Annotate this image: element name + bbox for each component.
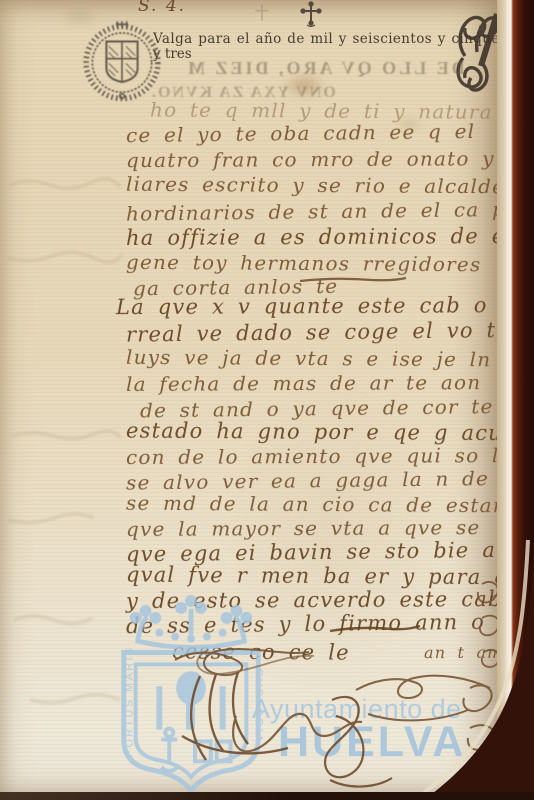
scanned-manuscript-page: S. 4. — [0, 0, 534, 800]
scan-bottom-edge — [0, 792, 534, 800]
page-corner-shadow — [0, 0, 534, 800]
